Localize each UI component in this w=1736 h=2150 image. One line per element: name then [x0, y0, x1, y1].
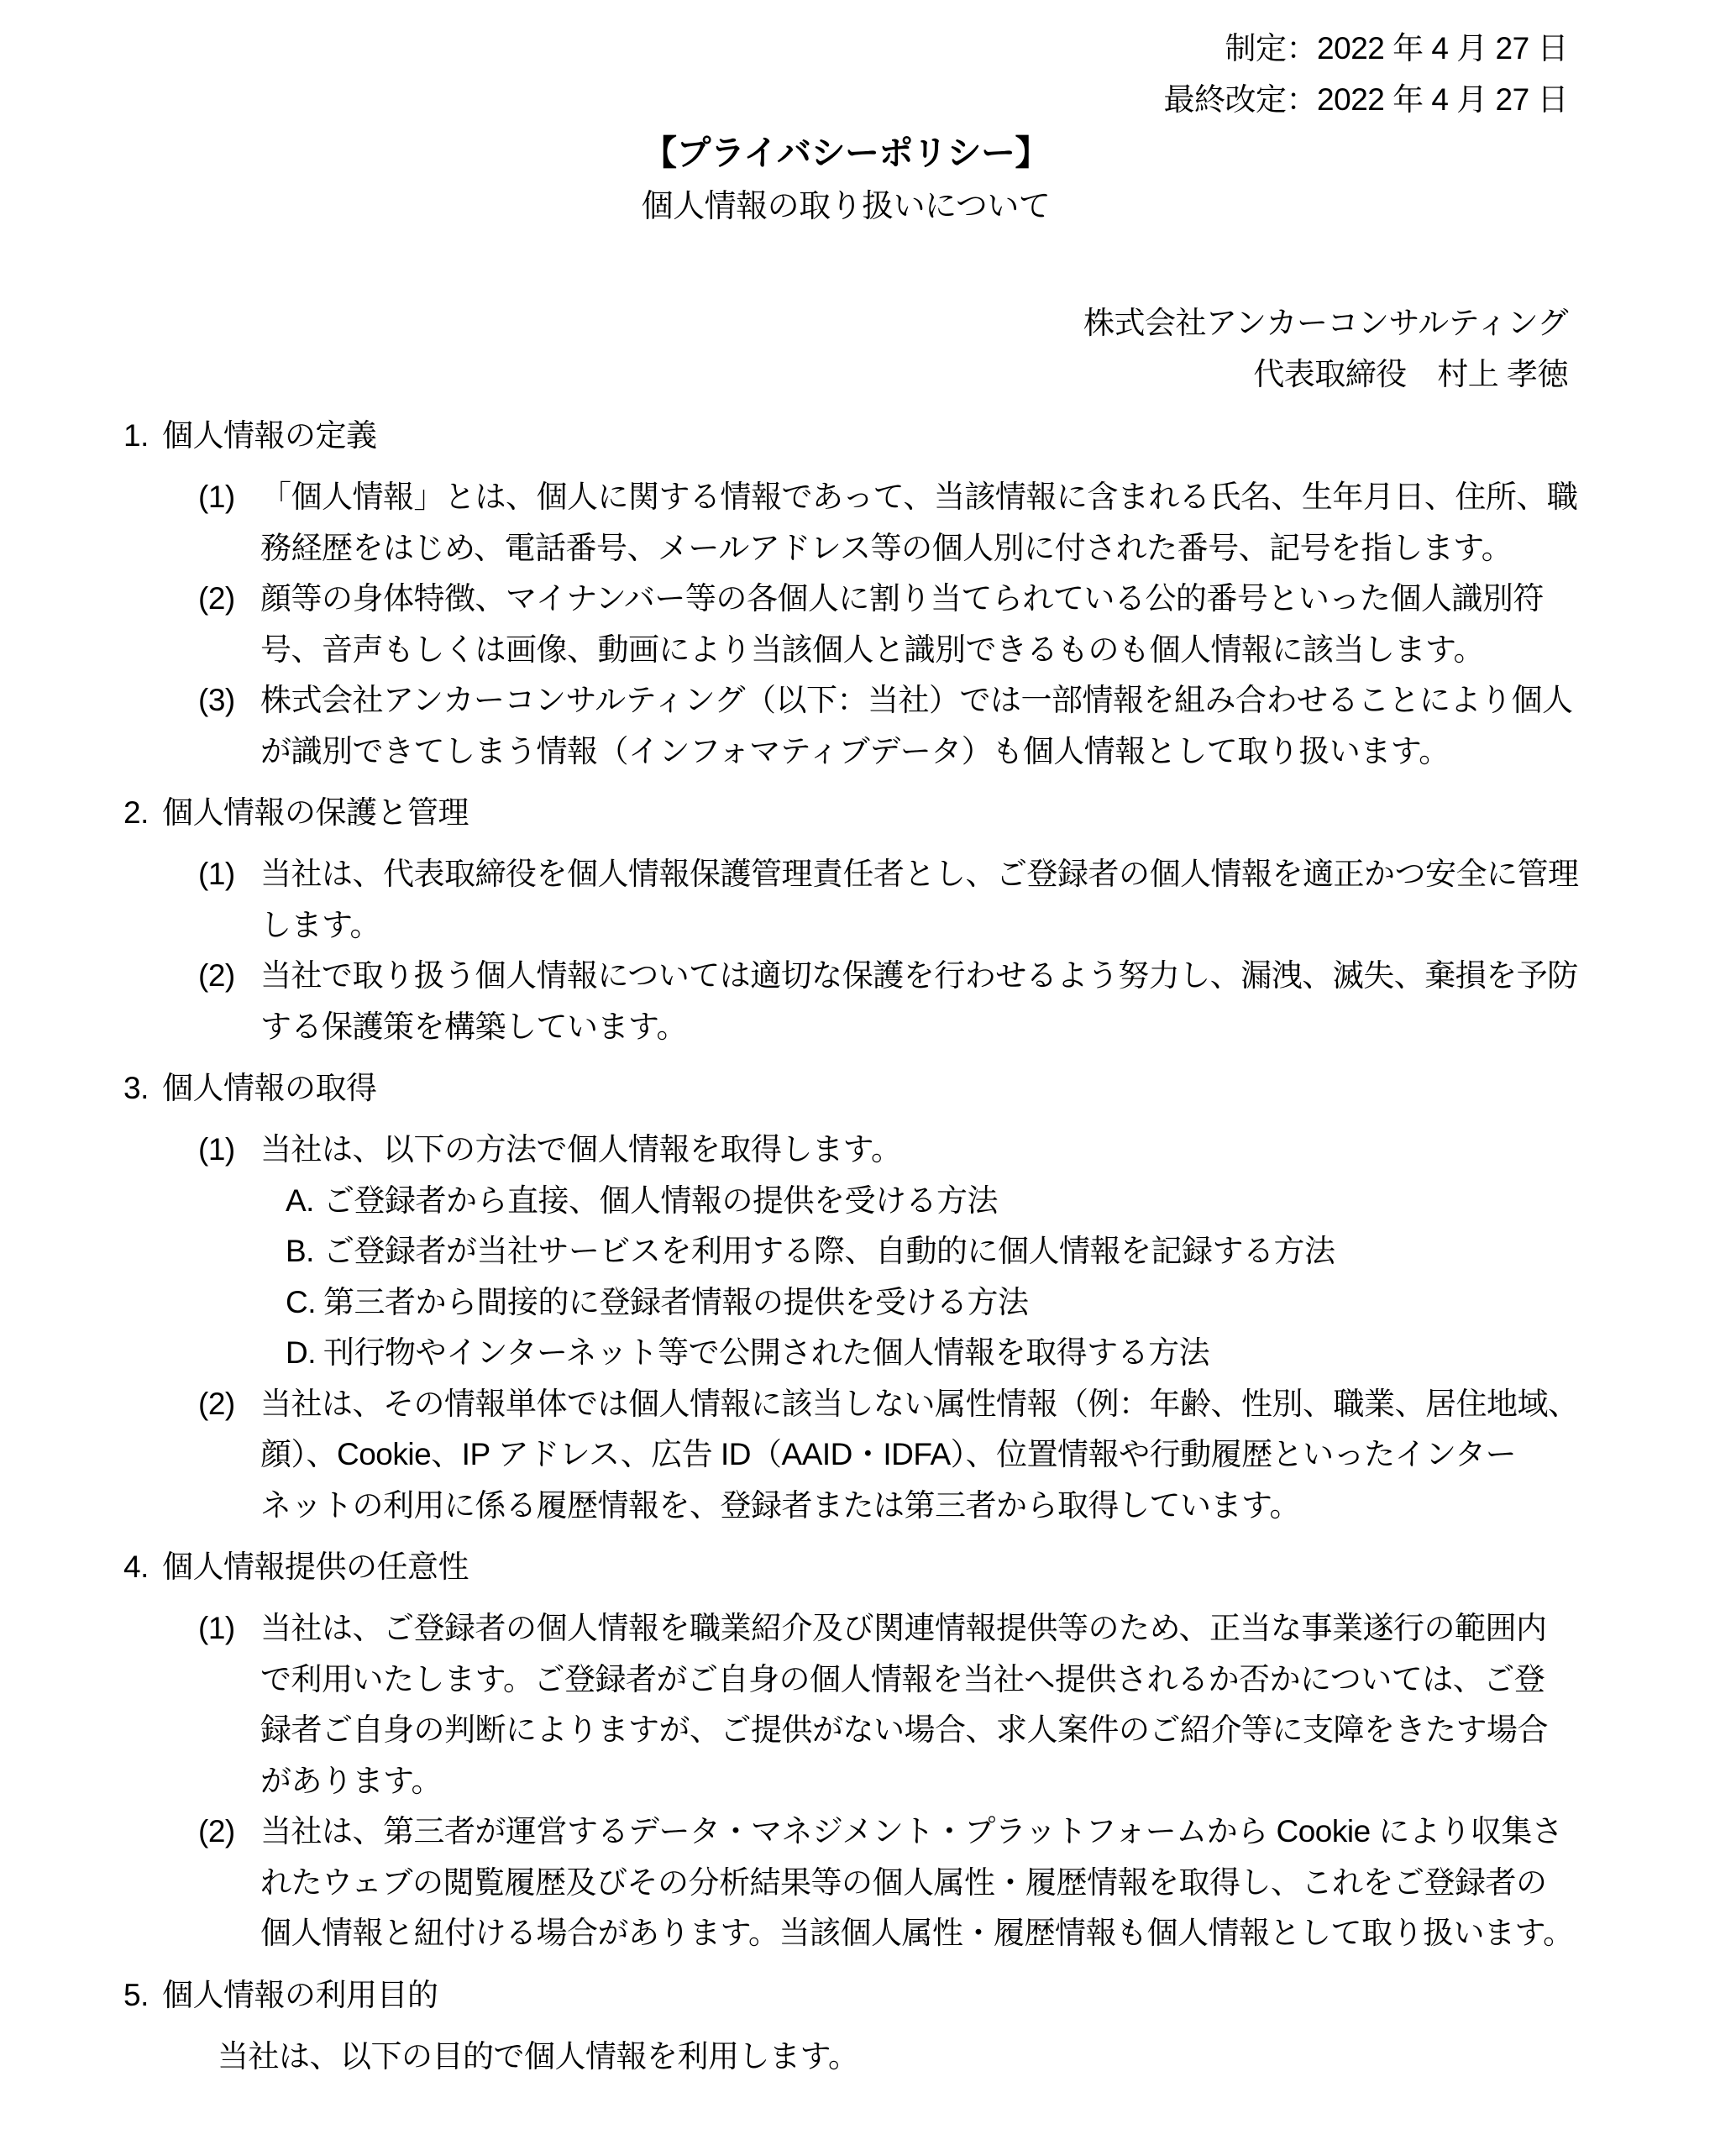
section-heading-text: 個人情報の定義: [162, 410, 377, 461]
item-label: (3): [198, 675, 260, 777]
list-item: (3) 株式会社アンカーコンサルティング（以下：当社）では一部情報を組み合わせる…: [198, 675, 1669, 777]
signer-block: 株式会社アンカーコンサルティング 代表取締役 村上 孝徳: [123, 298, 1669, 400]
section-acquisition: 3. 個人情報の取得 (1) 当社は、以下の方法で個人情報を取得します。 A. …: [123, 1062, 1669, 1531]
representative-name: 代表取締役 村上 孝徳: [123, 349, 1568, 401]
section-definition: 1. 個人情報の定義 (1) 「個人情報」とは、個人に関する情報であって、当該情…: [123, 410, 1669, 777]
section-protection: 2. 個人情報の保護と管理 (1) 当社は、代表取締役を個人情報保護管理責任者と…: [123, 787, 1669, 1052]
section-heading: 2. 個人情報の保護と管理: [123, 787, 1669, 838]
section-heading: 1. 個人情報の定義: [123, 410, 1669, 461]
section-heading: 3. 個人情報の取得: [123, 1062, 1669, 1114]
item-label: (2): [198, 951, 260, 1052]
sub-list-item: C. 第三者から間接的に登録者情報の提供を受ける方法: [286, 1277, 1669, 1329]
item-label: (1): [198, 1125, 260, 1176]
subitem-label: C.: [286, 1277, 323, 1329]
item-text: 当社は、その情報単体では個人情報に該当しない属性情報（例：年齢、性別、職業、居住…: [260, 1379, 1579, 1532]
section-heading: 4. 個人情報提供の任意性: [123, 1541, 1669, 1592]
subitem-label: B.: [286, 1226, 323, 1277]
section-heading-text: 個人情報の利用目的: [162, 1969, 438, 2021]
section-number: 1.: [123, 410, 162, 461]
revision-dates: 制定：2022 年 4 月 27 日 最終改定：2022 年 4 月 27 日: [123, 24, 1669, 125]
sub-list-item: D. 刊行物やインターネット等で公開された個人情報を取得する方法: [286, 1328, 1669, 1379]
subitem-text: ご登録者が当社サービスを利用する際、自動的に個人情報を記録する方法: [323, 1226, 1335, 1277]
list-item: (1) 当社は、代表取締役を個人情報保護管理責任者とし、ご登録者の個人情報を適正…: [198, 849, 1669, 951]
section-heading-text: 個人情報提供の任意性: [162, 1541, 469, 1592]
section-heading-text: 個人情報の取得: [162, 1062, 377, 1114]
sub-list-item: A. ご登録者から直接、個人情報の提供を受ける方法: [286, 1176, 1669, 1227]
section-heading: 5. 個人情報の利用目的: [123, 1969, 1669, 2021]
item-label: (2): [198, 1807, 260, 1959]
company-name: 株式会社アンカーコンサルティング: [123, 298, 1568, 349]
list-item: (2) 当社は、その情報単体では個人情報に該当しない属性情報（例：年齢、性別、職…: [198, 1379, 1669, 1532]
section-number: 3.: [123, 1062, 162, 1114]
document-title: 【プライバシーポリシー】: [123, 125, 1669, 181]
item-label: (1): [198, 472, 260, 574]
section-number: 5.: [123, 1969, 162, 2021]
item-text: 当社は、第三者が運営するデータ・マネジメント・プラットフォームから Cookie…: [260, 1807, 1574, 1959]
last-revised-date: 最終改定：2022 年 4 月 27 日: [123, 75, 1568, 126]
subitem-text: 刊行物やインターネット等で公開された個人情報を取得する方法: [323, 1328, 1209, 1379]
privacy-policy-document: 制定：2022 年 4 月 27 日 最終改定：2022 年 4 月 27 日 …: [0, 0, 1736, 2150]
list-item: (2) 当社は、第三者が運営するデータ・マネジメント・プラットフォームから Co…: [198, 1807, 1669, 1959]
item-text: 当社で取り扱う個人情報については適切な保護を行わせるよう努力し、漏洩、滅失、棄損…: [260, 951, 1578, 1052]
subitem-text: ご登録者から直接、個人情報の提供を受ける方法: [323, 1176, 998, 1227]
item-text: 顔等の身体特徴、マイナンバー等の各個人に割り当てられている公的番号といった個人識…: [260, 574, 1544, 675]
item-label: (2): [198, 1379, 260, 1532]
subitem-text: 第三者から間接的に登録者情報の提供を受ける方法: [323, 1277, 1029, 1329]
list-item: (2) 顔等の身体特徴、マイナンバー等の各個人に割り当てられている公的番号といっ…: [198, 574, 1669, 675]
item-label: (1): [198, 1603, 260, 1807]
section-purpose-of-use: 5. 個人情報の利用目的 当社は、以下の目的で個人情報を利用します。: [123, 1969, 1669, 2083]
item-text: 当社は、以下の方法で個人情報を取得します。: [260, 1125, 902, 1176]
item-label: (1): [198, 849, 260, 951]
item-text: 株式会社アンカーコンサルティング（以下：当社）では一部情報を組み合わせることによ…: [260, 675, 1572, 777]
section-voluntariness: 4. 個人情報提供の任意性 (1) 当社は、ご登録者の個人情報を職業紹介及び関連…: [123, 1541, 1669, 1959]
list-item: (1) 当社は、以下の方法で個人情報を取得します。: [198, 1125, 1669, 1176]
item-text: 当社は、代表取締役を個人情報保護管理責任者とし、ご登録者の個人情報を適正かつ安全…: [260, 849, 1579, 951]
list-item: (1) 「個人情報」とは、個人に関する情報であって、当該情報に含まれる氏名、生年…: [198, 472, 1669, 574]
item-text: 当社は、ご登録者の個人情報を職業紹介及び関連情報提供等のため、正当な事業遂行の範…: [260, 1603, 1548, 1807]
item-label: (2): [198, 574, 260, 675]
subitem-label: D.: [286, 1328, 323, 1379]
section-heading-text: 個人情報の保護と管理: [162, 787, 469, 838]
section-number: 4.: [123, 1541, 162, 1592]
document-subtitle: 個人情報の取り扱いについて: [123, 181, 1669, 233]
item-text: 「個人情報」とは、個人に関する情報であって、当該情報に含まれる氏名、生年月日、住…: [260, 472, 1577, 574]
section-number: 2.: [123, 787, 162, 838]
established-date: 制定：2022 年 4 月 27 日: [123, 24, 1568, 75]
list-item: (2) 当社で取り扱う個人情報については適切な保護を行わせるよう努力し、漏洩、滅…: [198, 951, 1669, 1052]
list-item: (1) 当社は、ご登録者の個人情報を職業紹介及び関連情報提供等のため、正当な事業…: [198, 1603, 1669, 1807]
subitem-label: A.: [286, 1176, 323, 1227]
sub-list-item: B. ご登録者が当社サービスを利用する際、自動的に個人情報を記録する方法: [286, 1226, 1669, 1277]
section-body-text: 当社は、以下の目的で個人情報を利用します。: [218, 2032, 1669, 2083]
